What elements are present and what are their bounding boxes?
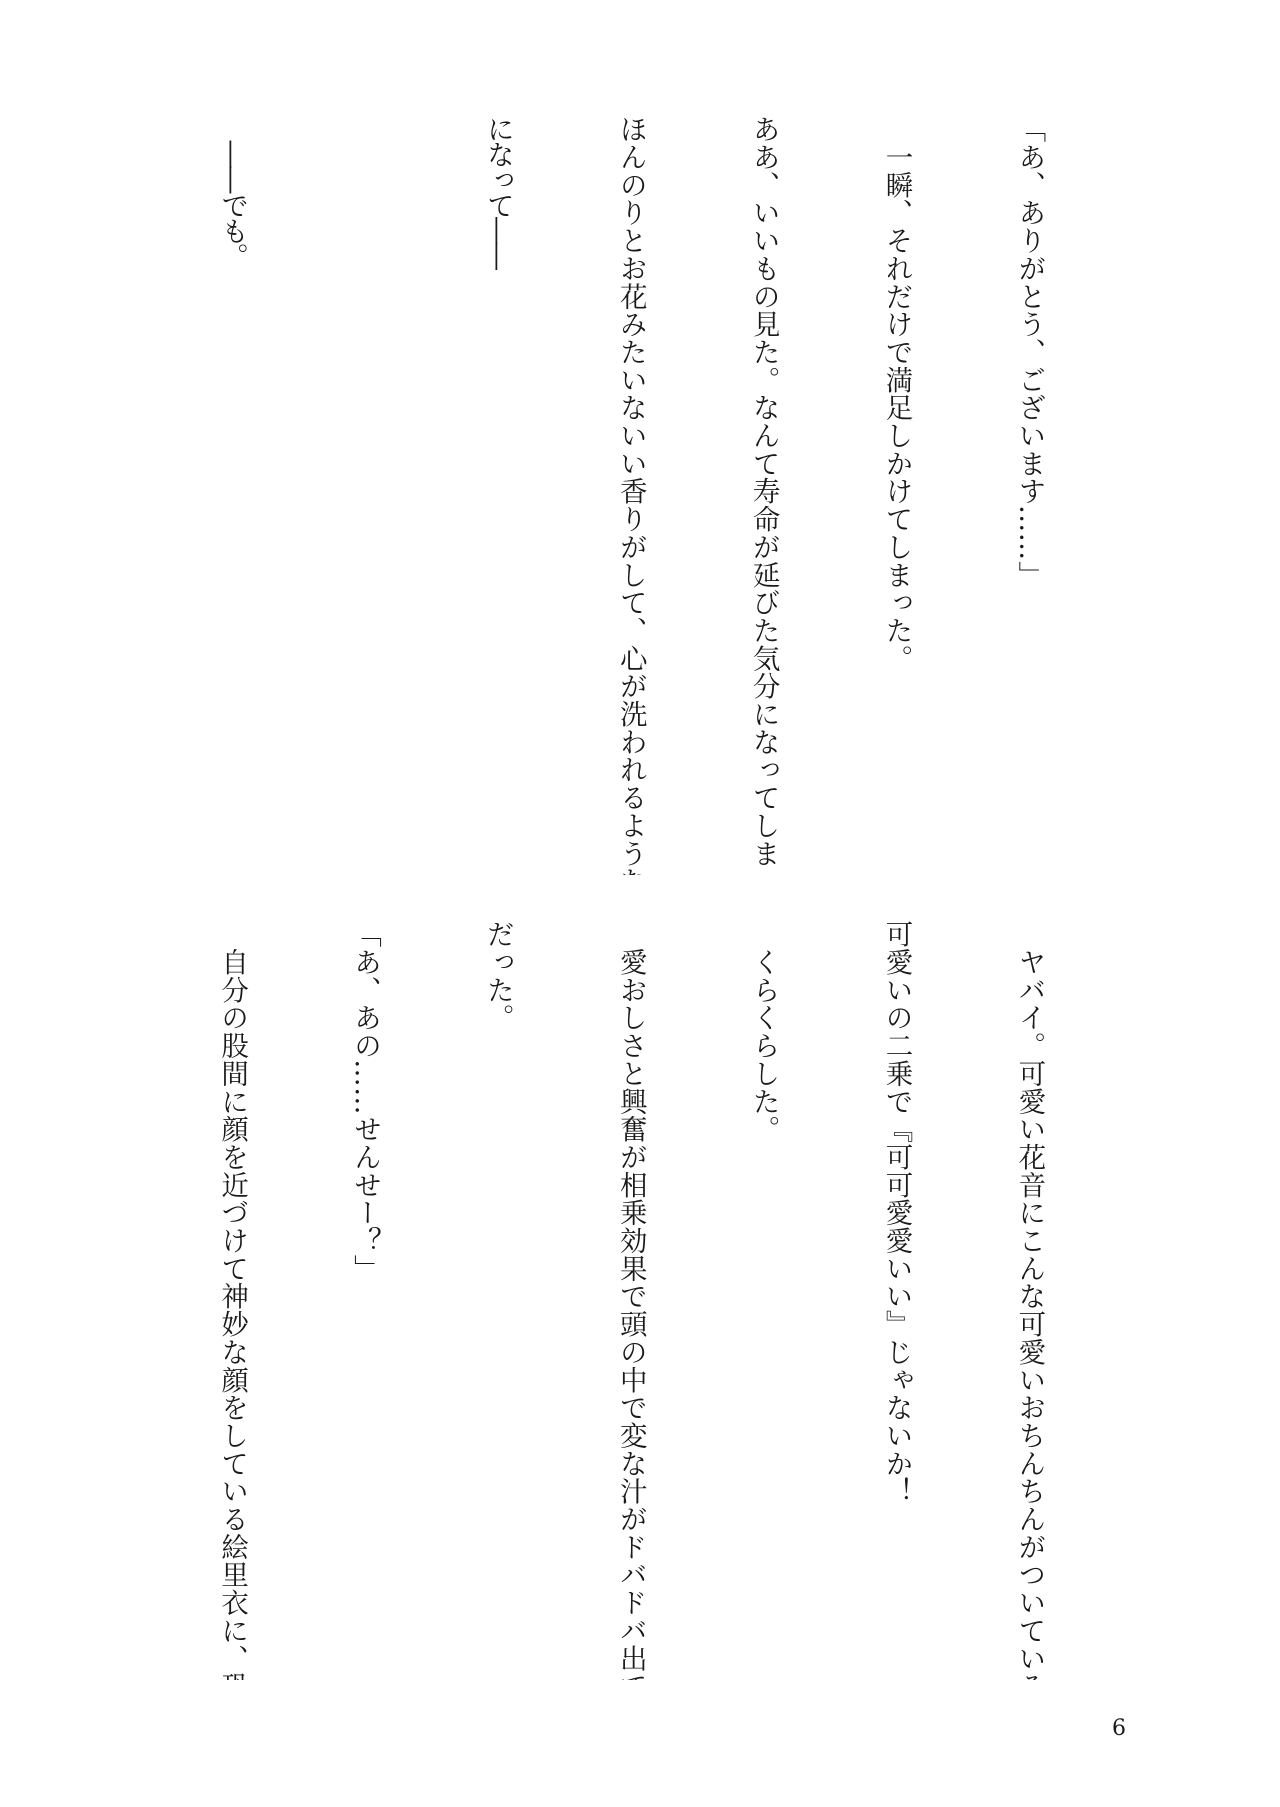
- text-line: ――でも。: [210, 115, 254, 875]
- book-page: 「あ、ありがとう、ございます……」 一瞬、それだけで満足しかけてしまった。 ああ…: [0, 0, 1280, 1807]
- text-line: 「あ、あの……せんせー？」: [343, 920, 387, 1680]
- text-line: ああ、いいもの見た。なんて寿命が延びた気分になってしまった。: [741, 115, 785, 875]
- text-line: になって――: [476, 115, 520, 875]
- page-number: 6: [1112, 1716, 1126, 1741]
- text-line: 「あ、ありがとう、ございます……」: [1007, 115, 1051, 875]
- text-line: 一瞬、それだけで満足しかけてしまった。: [874, 115, 918, 875]
- text-line: くらくらした。: [741, 920, 785, 1680]
- text-line: 自分の股間に顔を近づけて神妙な顔をしている絵里衣に、恐る恐る問: [210, 920, 254, 1680]
- text-tier-bottom: ヤバイ。可愛い花音にこんな可愛いおちんちんがついているなんて、 可愛いの二乗で『…: [150, 920, 1140, 1680]
- text-line: 愛おしさと興奮が相乗効果で頭の中で変な汁がドバドバ出ている感じ: [608, 920, 652, 1680]
- text-line: だった。: [476, 920, 520, 1680]
- text-line: 可愛いの二乗で『可可愛愛いい』じゃないか！: [874, 920, 918, 1680]
- blank-line: [343, 115, 387, 875]
- text-tier-top: 「あ、ありがとう、ございます……」 一瞬、それだけで満足しかけてしまった。 ああ…: [150, 115, 1140, 875]
- text-line: ヤバイ。可愛い花音にこんな可愛いおちんちんがついているなんて、: [1007, 920, 1051, 1680]
- text-line: ほんのりとお花みたいないい香りがして、心が洗われるような気持ち: [608, 115, 652, 875]
